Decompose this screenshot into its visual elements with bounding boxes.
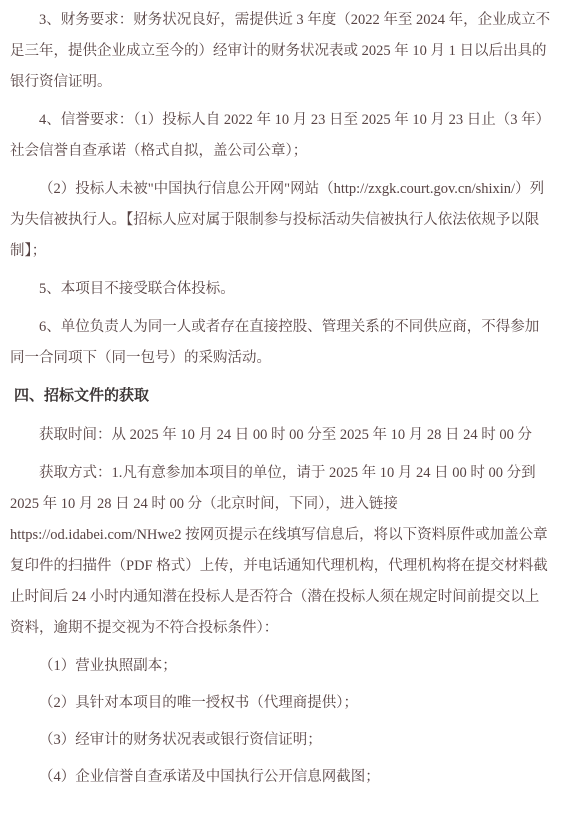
paragraph-no-consortium-bids: 5、本项目不接受联合体投标。 [10, 274, 552, 305]
list-item-business-license: （1）营业执照副本； [10, 651, 552, 682]
paragraph-same-person-restriction: 6、单位负责人为同一人或者存在直接控股、管理关系的不同供应商，不得参加同一合同项… [10, 312, 552, 374]
list-item-credit-screenshot: （4）企业信誉自查承诺及中国执行公开信息网截图； [10, 762, 552, 793]
paragraph-dishonest-executee-clause: （2）投标人未被"中国执行信息公开网"网站（http://zxgk.court.… [10, 174, 552, 267]
paragraph-financial-requirements: 3、财务要求：财务状况良好，需提供近 3 年度（2022 年至 2024 年，企… [10, 5, 552, 98]
section-heading-document-acquisition: 四、招标文件的获取 [10, 381, 552, 412]
list-item-unique-authorization: （2）具针对本项目的唯一授权书（代理商提供）； [10, 688, 552, 719]
list-item-financial-statement: （3）经审计的财务状况表或银行资信证明； [10, 725, 552, 756]
paragraph-acquisition-method: 获取方式：1.凡有意参加本项目的单位，请于 2025 年 10 月 24 日 0… [10, 458, 552, 644]
document-page: 3、财务要求：财务状况良好，需提供近 3 年度（2022 年至 2024 年，企… [0, 0, 564, 819]
paragraph-acquisition-time: 获取时间：从 2025 年 10 月 24 日 00 时 00 分至 2025 … [10, 420, 552, 451]
paragraph-reputation-requirements: 4、信誉要求：（1）投标人自 2022 年 10 月 23 日至 2025 年 … [10, 105, 552, 167]
